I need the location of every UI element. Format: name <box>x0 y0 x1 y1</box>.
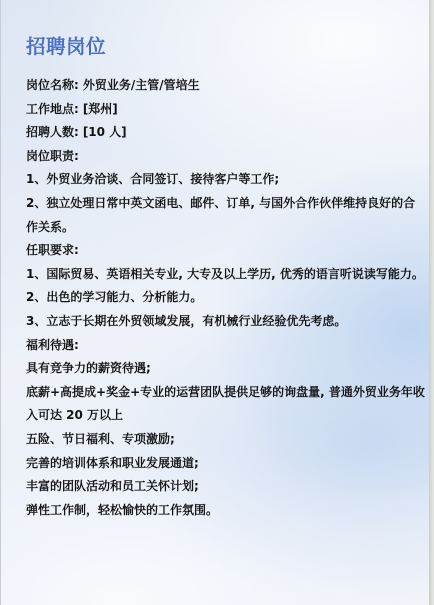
field-label: 招聘人数: <box>26 125 79 139</box>
requirement-item: 3、立志于长期在外贸领域发展，有机械行业经验优先考虑。 <box>26 310 408 334</box>
page-edge-border <box>429 0 434 605</box>
page-title: 招聘岗位 <box>26 34 106 60</box>
benefit-item: 具有竞争力的薪资待遇; <box>26 357 408 381</box>
job-posting-page: 招聘岗位 岗位名称:外贸业务/主管/管培生 工作地点:[郑州] 招聘人数:[10… <box>0 0 429 605</box>
duty-item: 作关系。 <box>26 216 408 240</box>
benefit-item: 丰富的团队活动和员工关怀计划; <box>26 475 408 499</box>
benefit-item: 底薪+高提成+奖金+专业的运营团队提供足够的询盘量, 普通外贸业务年收 <box>26 381 408 405</box>
section-heading-duties: 岗位职责: <box>26 145 408 169</box>
field-headcount: 招聘人数:[10 人] <box>26 121 408 145</box>
field-label: 工作地点: <box>26 102 79 116</box>
field-location: 工作地点:[郑州] <box>26 98 408 122</box>
benefit-item: 弹性工作制，轻松愉快的工作氛围。 <box>26 499 408 523</box>
field-value: 外贸业务/主管/管培生 <box>83 78 200 92</box>
duty-item: 1、外贸业务洽谈、合同签订、接待客户等工作; <box>26 168 408 192</box>
job-details: 岗位名称:外贸业务/主管/管培生 工作地点:[郑州] 招聘人数:[10 人] 岗… <box>26 74 408 522</box>
benefit-item: 入可达 20 万以上 <box>26 404 408 428</box>
duty-item: 2、独立处理日常中英文函电、邮件、订单, 与国外合作伙伴维持良好的合 <box>26 192 408 216</box>
benefit-item: 五险、节日福利、专项激励; <box>26 428 408 452</box>
requirement-item: 1、国际贸易、英语相关专业, 大专及以上学历, 优秀的语言听说读写能力。 <box>26 263 408 287</box>
field-position: 岗位名称:外贸业务/主管/管培生 <box>26 74 408 98</box>
field-value: [郑州] <box>83 102 118 116</box>
requirement-item: 2、出色的学习能力、分析能力。 <box>26 286 408 310</box>
field-value: [10 人] <box>83 125 127 139</box>
section-heading-benefits: 福利待遇: <box>26 334 408 358</box>
field-label: 岗位名称: <box>26 78 79 92</box>
section-heading-requirements: 任职要求: <box>26 239 408 263</box>
benefit-item: 完善的培训体系和职业发展通道; <box>26 452 408 476</box>
